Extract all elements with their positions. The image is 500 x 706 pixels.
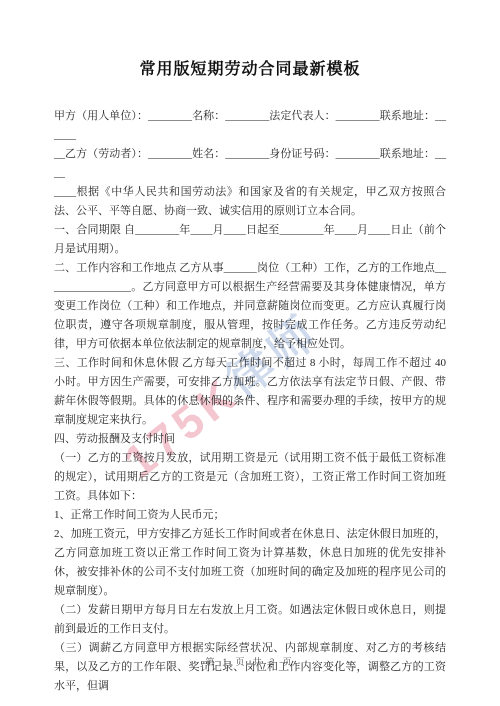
paragraph-clause-4-item-1: 1、正常工作时间工资为人民币元；	[54, 506, 446, 525]
paragraph-clause-2-work: 二、工作内容和工作地点 乙方从事______岗位（工种）工作，乙方的工作地点__…	[54, 259, 446, 354]
page-number: 第 1 页 共 2 页	[0, 655, 500, 668]
paragraph-clause-3-hours: 三、工作时间和休息休假 乙方每天工作时间不超过 8 小时，每周工作不超过 40 …	[54, 354, 446, 430]
paragraph-clause-4-2-payday: （二）发薪日期甲方每月日左右发放上月工资。如遇法定休假日或休息日，则提前到最近的…	[54, 601, 446, 639]
paragraph-clause-4-heading: 四、劳动报酬及支付时间	[54, 430, 446, 449]
paragraph-party-b: __乙方（劳动者）：________姓名：________身份证号码：_____…	[54, 145, 446, 183]
paragraph-clause-4-item-2: 2、加班工资元，甲方安排乙方延长工作时间或者在休息日、法定休假日加班的，乙方同意…	[54, 525, 446, 601]
paragraph-preamble: ____根据《中华人民共和国劳动法》和国家及省的有关规定，甲乙双方按照合法、公平…	[54, 183, 446, 221]
document-body: 甲方（用人单位）：________名称：________法定代表人：______…	[54, 107, 446, 696]
paragraph-clause-1-term: 一、合同期限 自________年____月____日起至________年__…	[54, 221, 446, 259]
document-title: 常用版短期劳动合同最新模板	[0, 0, 500, 79]
document-page: 175K律师 常用版短期劳动合同最新模板 甲方（用人单位）：________名称…	[0, 0, 500, 706]
paragraph-party-a: 甲方（用人单位）：________名称：________法定代表人：______…	[54, 107, 446, 145]
paragraph-clause-4-1-salary: （一）乙方的工资按月发放，试用期工资是元（试用期工资不低于最低工资标准的规定），…	[54, 449, 446, 506]
